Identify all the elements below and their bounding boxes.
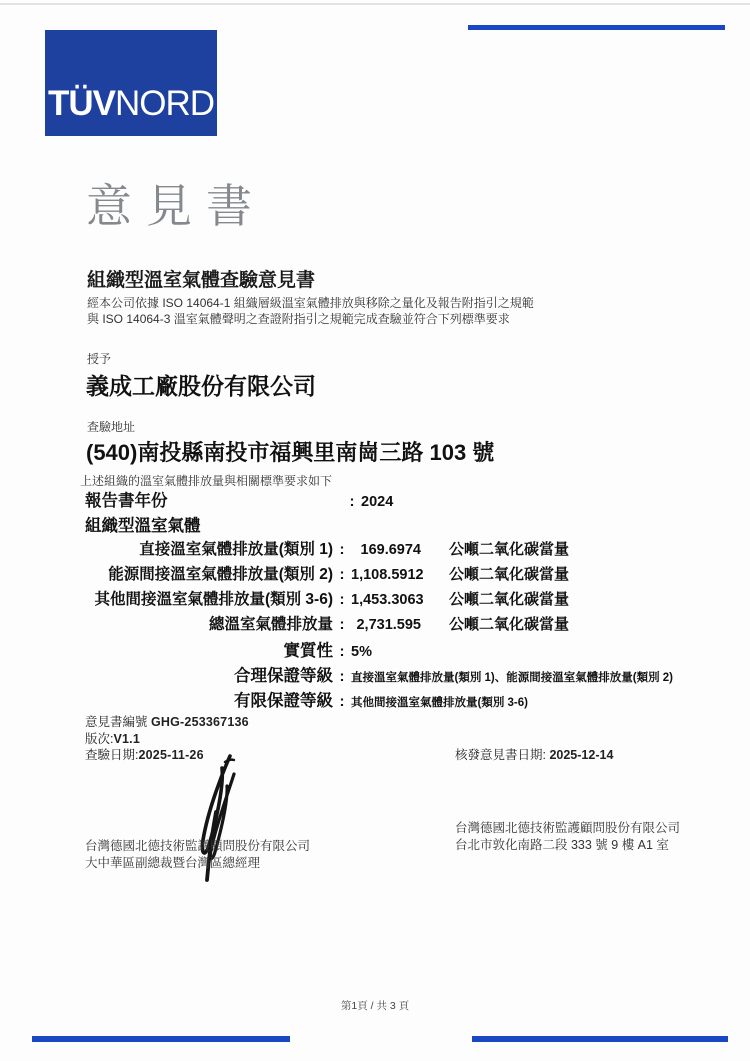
colon: : bbox=[343, 493, 361, 510]
issuing-office-block: 台灣德國北德技術監護顧問股份有限公司 台北市敦化南路二段 333 號 9 樓 A… bbox=[455, 820, 680, 854]
certificate-page: TÜVNORD 意見書 組織型溫室氣體查驗意見書 經本公司依據 ISO 1406… bbox=[0, 0, 750, 1061]
emission-row-unit: 公噸二氧化碳當量 bbox=[449, 613, 569, 634]
version-label: 版次: bbox=[85, 732, 113, 746]
footer-accent-bar-right bbox=[472, 1036, 728, 1042]
signer-block: 台灣德國北德技術監護顧問股份有限公司 大中華區副總裁暨台灣區總經理 bbox=[85, 838, 310, 872]
emission-row-unit: 公噸二氧化碳當量 bbox=[449, 538, 569, 559]
report-year-value: 2024 bbox=[361, 494, 431, 510]
emission-row-value: 1,453.3063 bbox=[351, 592, 421, 608]
emission-row-value: 2,731.595 bbox=[351, 617, 421, 633]
standards-line-2: 與 ISO 14064-3 溫室氣體聲明之查證附指引之規範完成查驗並符合下列標準… bbox=[87, 311, 607, 327]
report-year-label: 報告書年份 bbox=[75, 487, 343, 511]
page-indicator: 第1頁 / 共 3 頁 bbox=[0, 998, 750, 1013]
limited-assurance-value: 其他間接溫室氣體排放量(類別 3-6) bbox=[351, 694, 528, 710]
emission-row-unit: 公噸二氧化碳當量 bbox=[449, 588, 569, 609]
issue-date-value: 2025-12-14 bbox=[549, 748, 613, 762]
logo-tuv-text: TÜV bbox=[48, 84, 115, 124]
verification-address-label: 查驗地址 bbox=[87, 418, 135, 435]
standards-statement: 經本公司依據 ISO 14064-1 組織層級溫室氣體排放與移除之量化及報告附指… bbox=[87, 295, 607, 327]
materiality-label: 實質性 bbox=[75, 637, 333, 661]
materiality-value: 5% bbox=[351, 644, 421, 660]
statement-number-label: 意見書編號 bbox=[85, 715, 151, 729]
header-accent-bar bbox=[468, 25, 725, 30]
version-value: V1.1 bbox=[113, 732, 140, 746]
emission-row-label: 能源間接溫室氣體排放量(類別 2) bbox=[75, 562, 333, 584]
colon: : bbox=[333, 566, 351, 583]
table-row: 其他間接溫室氣體排放量(類別 3-6) : 1,453.3063 公噸二氧化碳當… bbox=[75, 587, 715, 612]
tuv-nord-logo: TÜVNORD bbox=[45, 30, 217, 136]
colon: : bbox=[333, 643, 351, 660]
verification-address: (540)南投縣南投市福興里南崗三路 103 號 bbox=[86, 436, 494, 467]
signer-title: 大中華區副總裁暨台灣區總經理 bbox=[85, 855, 310, 872]
emission-row-unit: 公噸二氧化碳當量 bbox=[449, 563, 569, 584]
emission-row-label: 總溫室氣體排放量 bbox=[75, 612, 333, 634]
certificate-subtitle: 組織型溫室氣體查驗意見書 bbox=[87, 265, 315, 292]
certified-company-name: 義成工廠股份有限公司 bbox=[86, 368, 316, 401]
granted-to-label: 授予 bbox=[87, 350, 111, 367]
colon: : bbox=[333, 541, 351, 558]
emission-row-value: 1,108.5912 bbox=[351, 567, 421, 583]
colon: : bbox=[333, 616, 351, 633]
statement-number-line: 意見書編號 GHG-253367136 bbox=[85, 714, 249, 731]
table-row: 能源間接溫室氣體排放量(類別 2) : 1,108.5912 公噸二氧化碳當量 bbox=[75, 562, 715, 587]
standards-line-1: 經本公司依據 ISO 14064-1 組織層級溫室氣體排放與移除之量化及報告附指… bbox=[87, 295, 607, 311]
emission-row-label: 其他間接溫室氣體排放量(類別 3-6) bbox=[75, 587, 333, 609]
emissions-table: 報告書年份 : 2024 組織型溫室氣體 直接溫室氣體排放量(類別 1) : 1… bbox=[75, 487, 715, 712]
limited-assurance-row: 有限保證等級 : 其他間接溫室氣體排放量(類別 3-6) bbox=[75, 687, 715, 712]
reasonable-assurance-label: 合理保證等級 bbox=[75, 662, 333, 686]
signer-company: 台灣德國北德技術監護顧問股份有限公司 bbox=[85, 838, 310, 855]
reasonable-assurance-value: 直接溫室氣體排放量(類別 1)、能源間接溫室氣體排放量(類別 2) bbox=[351, 669, 673, 685]
report-year-row: 報告書年份 : 2024 bbox=[75, 487, 715, 512]
emission-row-value: 169.6974 bbox=[351, 542, 421, 558]
colon: : bbox=[333, 693, 351, 710]
top-scan-line bbox=[0, 3, 750, 5]
document-title: 意見書 bbox=[86, 170, 266, 236]
footer-accent-bar-left bbox=[32, 1036, 290, 1042]
logo-nord-text: NORD bbox=[115, 84, 214, 124]
office-company: 台灣德國北德技術監護顧問股份有限公司 bbox=[455, 820, 680, 837]
table-row: 直接溫室氣體排放量(類別 1) : 169.6974 公噸二氧化碳當量 bbox=[75, 537, 715, 562]
statement-number: GHG-253367136 bbox=[151, 715, 249, 729]
office-address: 台北市敦化南路二段 333 號 9 樓 A1 室 bbox=[455, 837, 680, 854]
ghg-section-label: 組織型溫室氣體 bbox=[75, 512, 343, 536]
reasonable-assurance-row: 合理保證等級 : 直接溫室氣體排放量(類別 1)、能源間接溫室氣體排放量(類別 … bbox=[75, 662, 715, 687]
issue-date-label: 核發意見書日期: bbox=[455, 748, 549, 762]
colon: : bbox=[333, 668, 351, 685]
emission-row-label: 直接溫室氣體排放量(類別 1) bbox=[75, 537, 333, 559]
colon: : bbox=[333, 591, 351, 608]
limited-assurance-label: 有限保證等級 bbox=[75, 687, 333, 711]
section-label-row: 組織型溫室氣體 bbox=[75, 512, 715, 537]
materiality-row: 實質性 : 5% bbox=[75, 637, 715, 662]
verification-date-label: 查驗日期: bbox=[85, 748, 138, 762]
issue-date-line: 核發意見書日期: 2025-12-14 bbox=[455, 745, 613, 763]
version-line: 版次:V1.1 bbox=[85, 731, 249, 748]
table-row: 總溫室氣體排放量 : 2,731.595 公噸二氧化碳當量 bbox=[75, 612, 715, 637]
